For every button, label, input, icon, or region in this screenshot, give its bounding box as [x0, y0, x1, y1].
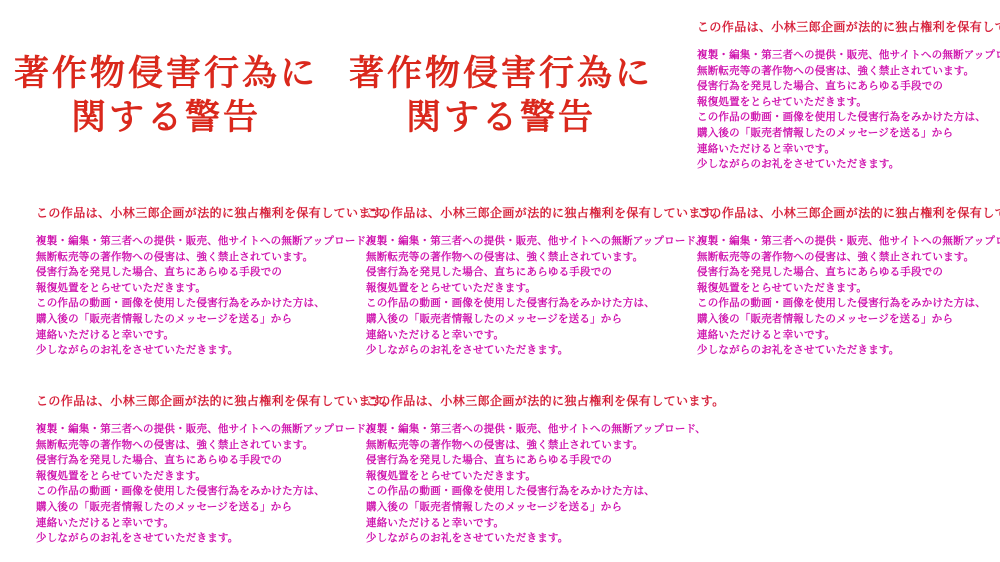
notice-body-line: 侵害行為を発見した場合、直ちにあらゆる手段での	[697, 79, 1000, 95]
notice-body-line: 購入後の「販売者情報したのメッセージを送る」から	[36, 312, 341, 328]
copyright-notice-block-mid-center: この作品は、小林三郎企画が法的に独占権利を保有しています。 複製・編集・第三者へ…	[366, 204, 671, 359]
notice-body-line: 報復処置をとらせていただきます。	[697, 281, 1000, 297]
notice-body-line: 少しながらのお礼をさせていただきます。	[36, 343, 341, 359]
warning-title-line1: 著作物侵害行為に	[340, 52, 662, 96]
notice-lead-line: この作品は、小林三郎企画が法的に独占権利を保有しています。	[36, 392, 341, 410]
notice-body-line: 無断転売等の著作物への侵害は、強く禁止されています。	[36, 250, 341, 266]
copyright-notice-block-mid-right: この作品は、小林三郎企画が法的に独占権利を保有しています。 複製・編集・第三者へ…	[697, 204, 1000, 359]
copyright-notice-block-bottom-left: この作品は、小林三郎企画が法的に独占権利を保有しています。 複製・編集・第三者へ…	[36, 392, 341, 547]
notice-body-line: 報復処置をとらせていただきます。	[36, 469, 341, 485]
notice-body-line: 侵害行為を発見した場合、直ちにあらゆる手段での	[36, 453, 341, 469]
notice-body-line: 購入後の「販売者情報したのメッセージを送る」から	[697, 126, 1000, 142]
notice-body-line: 連絡いただけると幸いです。	[366, 328, 671, 344]
warning-title-line1: 著作物侵害行為に	[5, 52, 327, 96]
notice-lead-line: この作品は、小林三郎企画が法的に独占権利を保有しています。	[36, 204, 341, 222]
notice-body-line: 報復処置をとらせていただきます。	[366, 281, 671, 297]
notice-body-line: 購入後の「販売者情報したのメッセージを送る」から	[697, 312, 1000, 328]
notice-body-line: 侵害行為を発見した場合、直ちにあらゆる手段での	[36, 265, 341, 281]
notice-lead-line: この作品は、小林三郎企画が法的に独占権利を保有しています。	[697, 18, 1000, 36]
notice-body-line: 連絡いただけると幸いです。	[36, 516, 341, 532]
notice-body-line: 少しながらのお礼をさせていただきます。	[366, 531, 671, 547]
notice-body-line: 連絡いただけると幸いです。	[36, 328, 341, 344]
notice-body-line: 連絡いただけると幸いです。	[697, 328, 1000, 344]
notice-body-line: 少しながらのお礼をさせていただきます。	[697, 157, 1000, 173]
copyright-notice-block-bottom-center: この作品は、小林三郎企画が法的に独占権利を保有しています。 複製・編集・第三者へ…	[366, 392, 671, 547]
notice-body-line: この作品の動画・画像を使用した侵害行為をみかけた方は、	[36, 484, 341, 500]
notice-body-line: 報復処置をとらせていただきます。	[36, 281, 341, 297]
notice-body-line: 購入後の「販売者情報したのメッセージを送る」から	[36, 500, 341, 516]
notice-body-line: 少しながらのお礼をさせていただきます。	[366, 343, 671, 359]
notice-body-line: この作品の動画・画像を使用した侵害行為をみかけた方は、	[366, 296, 671, 312]
notice-body-line: 報復処置をとらせていただきます。	[697, 95, 1000, 111]
notice-body-line: 無断転売等の著作物への侵害は、強く禁止されています。	[36, 438, 341, 454]
notice-body-line: 複製・編集・第三者への提供・販売、他サイトへの無断アップロード、	[366, 422, 671, 438]
notice-body-line: 無断転売等の著作物への侵害は、強く禁止されています。	[697, 64, 1000, 80]
warning-title-left: 著作物侵害行為に 関する警告	[5, 52, 327, 140]
copyright-notice-block-top-right: この作品は、小林三郎企画が法的に独占権利を保有しています。 複製・編集・第三者へ…	[697, 18, 1000, 173]
notice-body-line: 複製・編集・第三者への提供・販売、他サイトへの無断アップロード、	[697, 234, 1000, 250]
notice-body-line: 複製・編集・第三者への提供・販売、他サイトへの無断アップロード、	[36, 234, 341, 250]
notice-body-line: 購入後の「販売者情報したのメッセージを送る」から	[366, 312, 671, 328]
notice-body-line: 連絡いただけると幸いです。	[366, 516, 671, 532]
notice-body-line: 侵害行為を発見した場合、直ちにあらゆる手段での	[697, 265, 1000, 281]
warning-title-line2: 関する警告	[340, 96, 662, 140]
copyright-warning-poster: 著作物侵害行為に 関する警告 著作物侵害行為に 関する警告 この作品は、小林三郎…	[0, 0, 1000, 562]
warning-title-center: 著作物侵害行為に 関する警告	[340, 52, 662, 140]
notice-body-line: 少しながらのお礼をさせていただきます。	[697, 343, 1000, 359]
notice-body-line: この作品の動画・画像を使用した侵害行為をみかけた方は、	[697, 296, 1000, 312]
notice-body-line: 複製・編集・第三者への提供・販売、他サイトへの無断アップロード、	[697, 48, 1000, 64]
notice-body-line: 無断転売等の著作物への侵害は、強く禁止されています。	[366, 250, 671, 266]
notice-lead-line: この作品は、小林三郎企画が法的に独占権利を保有しています。	[366, 392, 671, 410]
notice-lead-line: この作品は、小林三郎企画が法的に独占権利を保有しています。	[697, 204, 1000, 222]
copyright-notice-block-mid-left: この作品は、小林三郎企画が法的に独占権利を保有しています。 複製・編集・第三者へ…	[36, 204, 341, 359]
notice-lead-line: この作品は、小林三郎企画が法的に独占権利を保有しています。	[366, 204, 671, 222]
notice-body-line: この作品の動画・画像を使用した侵害行為をみかけた方は、	[36, 296, 341, 312]
notice-body-line: 無断転売等の著作物への侵害は、強く禁止されています。	[697, 250, 1000, 266]
warning-title-line2: 関する警告	[5, 96, 327, 140]
notice-body-line: 少しながらのお礼をさせていただきます。	[36, 531, 341, 547]
notice-body-line: 複製・編集・第三者への提供・販売、他サイトへの無断アップロード、	[366, 234, 671, 250]
notice-body-line: 複製・編集・第三者への提供・販売、他サイトへの無断アップロード、	[36, 422, 341, 438]
notice-body-line: この作品の動画・画像を使用した侵害行為をみかけた方は、	[697, 110, 1000, 126]
notice-body-line: 侵害行為を発見した場合、直ちにあらゆる手段での	[366, 265, 671, 281]
notice-body-line: 侵害行為を発見した場合、直ちにあらゆる手段での	[366, 453, 671, 469]
notice-body-line: 報復処置をとらせていただきます。	[366, 469, 671, 485]
notice-body-line: 連絡いただけると幸いです。	[697, 142, 1000, 158]
notice-body-line: 購入後の「販売者情報したのメッセージを送る」から	[366, 500, 671, 516]
notice-body-line: この作品の動画・画像を使用した侵害行為をみかけた方は、	[366, 484, 671, 500]
notice-body-line: 無断転売等の著作物への侵害は、強く禁止されています。	[366, 438, 671, 454]
